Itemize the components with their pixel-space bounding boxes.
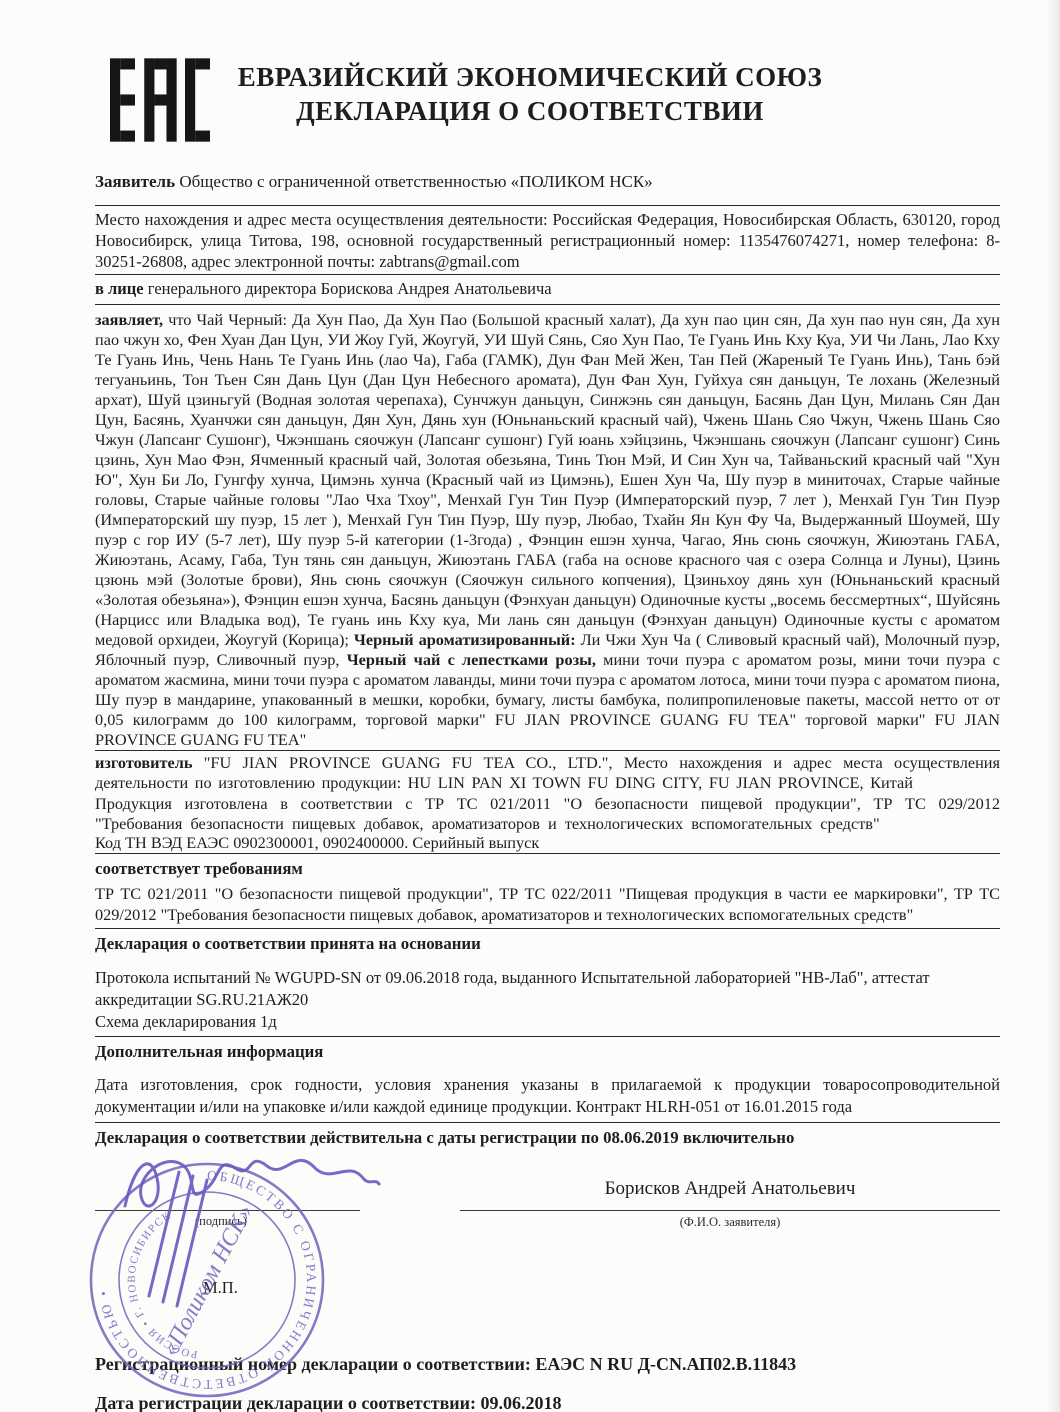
divider	[95, 1122, 1000, 1123]
tn-ved-code: Код ТН ВЭД ЕАЭС 0902300001, 0902400000. …	[95, 833, 1000, 853]
title-line-2: ДЕКЛАРАЦИЯ О СООТВЕТСТВИИ	[160, 94, 900, 128]
divider	[95, 304, 1000, 305]
additional-heading: Дополнительная информация	[95, 1042, 1000, 1062]
document-title: ЕВРАЗИЙСКИЙ ЭКОНОМИЧЕСКИЙ СОЮЗ ДЕКЛАРАЦИ…	[160, 0, 900, 128]
title-line-1: ЕВРАЗИЙСКИЙ ЭКОНОМИЧЕСКИЙ СОЮЗ	[160, 60, 900, 94]
product-list: что Чай Черный: Да Хун Пао, Да Хун Пао (…	[95, 310, 1000, 749]
manufacturer-row: изготовитель "FU JIAN PROVINCE GUANG FU …	[95, 753, 1000, 792]
handwritten-signature	[117, 1134, 385, 1319]
declares-segment: Черный чай с лепестками розы,	[347, 650, 596, 669]
applicant-address: Место нахождения и адрес места осуществл…	[95, 209, 1000, 272]
basis-text: Протокола испытаний № WGUPD-SN от 09.06.…	[95, 967, 1000, 1011]
complies-heading: соответствует требованиям	[95, 859, 1000, 879]
product-declaration: заявляет, что Чай Черный: Да Хун Пао, Да…	[95, 310, 1000, 750]
applicant-value: Общество с ограниченной ответственностью…	[179, 172, 652, 191]
declares-segment: что Чай Черный: Да Хун Пао, Да Хун Пао (…	[95, 310, 1000, 649]
declaration-scheme: Схема декларирования 1д	[95, 1011, 1000, 1033]
complies-text: ТР ТС 021/2011 "О безопасности пищевой п…	[95, 883, 1000, 925]
divider	[95, 274, 1000, 275]
additional-text: Дата изготовления, срок годности, услови…	[95, 1074, 1000, 1118]
declares-label: заявляет,	[95, 310, 163, 329]
divider	[95, 1036, 1000, 1037]
reg-date-value: 09.06.2018	[481, 1393, 562, 1412]
manufacturer-label: изготовитель	[95, 753, 193, 772]
divider	[95, 928, 1000, 929]
representative-label: в лице	[95, 279, 144, 298]
made-in-accordance: Продукция изготовлена в соответствии с Т…	[95, 794, 1000, 833]
applicant-label: Заявитель	[95, 172, 175, 191]
declaration-document: ЕВРАЗИЙСКИЙ ЭКОНОМИЧЕСКИЙ СОЮЗ ДЕКЛАРАЦИ…	[0, 0, 1060, 1412]
signature-area: (подпись) Борисков Андрей Анатольевич (Ф…	[95, 1152, 1000, 1348]
divider	[95, 205, 1000, 206]
applicant-row: Заявитель Общество с ограниченной ответс…	[95, 172, 1000, 192]
divider	[95, 853, 1000, 854]
basis-heading: Декларация о соответствии принята на осн…	[95, 934, 1000, 954]
divider	[95, 750, 1000, 751]
reg-number-value: ЕАЭС N RU Д-CN.АП02.В.11843	[535, 1354, 796, 1374]
fio-line	[460, 1210, 1000, 1211]
representative-value: генерального директора Борискова Андрея …	[148, 279, 552, 298]
fio-caption: (Ф.И.О. заявителя)	[460, 1215, 1000, 1230]
applicant-fio: Борисков Андрей Анатольевич	[460, 1178, 1000, 1200]
representative-row: в лице генерального директора Борискова …	[95, 279, 1000, 299]
manufacturer-value: "FU JIAN PROVINCE GUANG FU TEA CO., LTD.…	[95, 753, 1000, 792]
eac-logo-icon	[110, 54, 210, 146]
declares-segment: Черный ароматизированный:	[354, 630, 576, 649]
